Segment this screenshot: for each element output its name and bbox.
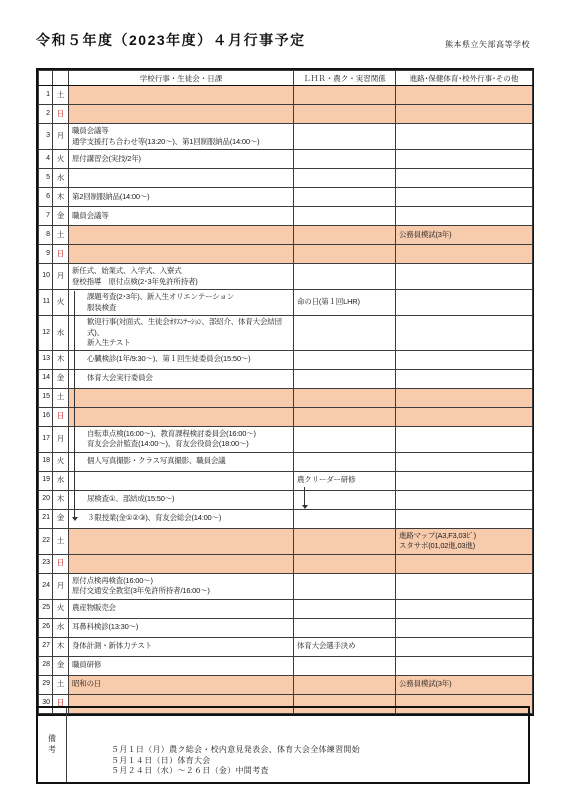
event-cell-other: 公務員模試(3年) <box>396 226 533 245</box>
schedule-row: 26水耳鼻科検診(13:30～) <box>39 618 533 637</box>
remarks-label: 備考 <box>38 708 67 782</box>
schedule-row: 18火個人写真撮影・クラス写真撮影、職員会議 <box>39 452 533 471</box>
event-cell-lhr <box>294 86 396 105</box>
event-cell-lhr <box>294 226 396 245</box>
event-cell-main: 体育大会実行委員会 <box>69 369 294 388</box>
remarks-line: ５月１４日（日）体育大会 <box>111 756 524 767</box>
event-cell-main: 原付点検再検査(16:00～) 原付交通安全教室(3年免許所持者/16:00～) <box>69 573 294 599</box>
date-cell: 23 <box>39 554 53 573</box>
event-cell-lhr <box>294 509 396 528</box>
event-cell-lhr <box>294 350 396 369</box>
event-cell-lhr <box>294 245 396 264</box>
day-cell: 火 <box>53 290 69 316</box>
event-cell-main <box>69 471 294 490</box>
event-cell-other <box>396 105 533 124</box>
date-cell: 13 <box>39 350 53 369</box>
event-cell-main: 個人写真撮影・クラス写真撮影、職員会議 <box>69 452 294 471</box>
day-cell: 木 <box>53 490 69 509</box>
event-cell-lhr <box>294 573 396 599</box>
event-cell-lhr <box>294 407 396 426</box>
date-cell: 17 <box>39 426 53 452</box>
day-cell: 水 <box>53 316 69 351</box>
event-cell-other <box>396 150 533 169</box>
event-cell-main <box>69 105 294 124</box>
remarks-box: 備考 ５月１日（月）農ク総会・校内意見発表会、体育大会全体練習開始５月１４日（日… <box>36 706 530 784</box>
event-cell-main <box>69 407 294 426</box>
event-cell-other <box>396 509 533 528</box>
event-cell-other <box>396 316 533 351</box>
schedule-body: 1土2日3月職員会議等 通学支援打ち合わせ等(13:20～)、第1回制服納品(1… <box>39 86 533 714</box>
down-arrow-icon <box>302 505 308 509</box>
date-cell: 1 <box>39 86 53 105</box>
date-cell: 4 <box>39 150 53 169</box>
event-cell-other <box>396 207 533 226</box>
event-cell-lhr <box>294 169 396 188</box>
agri-club-training-span-arrow <box>304 487 305 505</box>
event-cell-main: 職員会議等 <box>69 207 294 226</box>
schedule-row: 2日 <box>39 105 533 124</box>
event-cell-main: 昭和の日 <box>69 675 294 694</box>
schedule-row: 20木尿検査①、部結成(15:50～) <box>39 490 533 509</box>
header-school-events: 学校行事・生徒会・日課 <box>69 71 294 86</box>
header-day <box>53 71 69 86</box>
date-cell: 11 <box>39 290 53 316</box>
schedule-row: 22土進路マップ(A3,F3,03ﾋﾞ) スタサポ(01,02進,03進) <box>39 528 533 554</box>
schedule-row: 1土 <box>39 86 533 105</box>
header-row: 学校行事・生徒会・日課 ＬＨＲ・農ク・実習関係 進路･保健体育･校外行事･その他 <box>39 71 533 86</box>
event-cell-other <box>396 245 533 264</box>
event-cell-other <box>396 426 533 452</box>
schedule-row: 9日 <box>39 245 533 264</box>
event-cell-main: 耳鼻科検診(13:30～) <box>69 618 294 637</box>
schedule-row: 12水歓迎行事(対面式、生徒会ｵﾘｴﾝﾃｰｼｮﾝ、部紹介、体育大会結団式)、 新… <box>39 316 533 351</box>
schedule-row: 11火課題考査(2･3年)、新入生オリエンテーション 服装検査命の日(第１回LH… <box>39 290 533 316</box>
schedule-row: 21金３限授業(金①②③)、育友会総会(14:00～) <box>39 509 533 528</box>
date-cell: 19 <box>39 471 53 490</box>
event-cell-lhr <box>294 554 396 573</box>
day-cell: 火 <box>53 599 69 618</box>
event-cell-other <box>396 169 533 188</box>
event-cell-other <box>396 369 533 388</box>
schedule-row: 27木身体計測・新体力テスト体育大会選手決め <box>39 637 533 656</box>
schedule-row: 15土 <box>39 388 533 407</box>
schedule-row: 6木第2回制服納品(14:00～) <box>39 188 533 207</box>
remarks-line: ５月１日（月）農ク総会・校内意見発表会、体育大会全体練習開始 <box>111 745 524 756</box>
event-cell-main: 新任式、始業式、入学式、入寮式 登校指導 原付点検(2･3年免許所持者) <box>69 264 294 290</box>
date-cell: 9 <box>39 245 53 264</box>
day-cell: 水 <box>53 471 69 490</box>
day-cell: 金 <box>53 509 69 528</box>
event-cell-lhr <box>294 124 396 150</box>
event-cell-other <box>396 290 533 316</box>
event-cell-other <box>396 388 533 407</box>
day-cell: 土 <box>53 675 69 694</box>
date-cell: 3 <box>39 124 53 150</box>
event-cell-lhr <box>294 264 396 290</box>
day-cell: 日 <box>53 245 69 264</box>
schedule-row: 24月原付点検再検査(16:00～) 原付交通安全教室(3年免許所持者/16:0… <box>39 573 533 599</box>
page-title: 令和５年度（2023年度）４月行事予定 <box>36 30 306 50</box>
day-cell: 金 <box>53 369 69 388</box>
schedule-row: 29土昭和の日公務員模試(3年) <box>39 675 533 694</box>
schedule-row: 8土公務員模試(3年) <box>39 226 533 245</box>
date-cell: 25 <box>39 599 53 618</box>
day-cell: 火 <box>53 150 69 169</box>
event-cell-lhr: 農クリーダー研修 <box>294 471 396 490</box>
event-cell-lhr: 命の日(第１回LHR) <box>294 290 396 316</box>
event-cell-other <box>396 407 533 426</box>
day-cell: 木 <box>53 350 69 369</box>
schedule-row: 7金職員会議等 <box>39 207 533 226</box>
event-cell-other: 公務員模試(3年) <box>396 675 533 694</box>
event-cell-main <box>69 169 294 188</box>
event-cell-other <box>396 350 533 369</box>
day-cell: 月 <box>53 124 69 150</box>
date-cell: 20 <box>39 490 53 509</box>
event-cell-lhr <box>294 369 396 388</box>
date-cell: 27 <box>39 637 53 656</box>
event-cell-lhr: 体育大会選手決め <box>294 637 396 656</box>
date-cell: 10 <box>39 264 53 290</box>
event-cell-other <box>396 599 533 618</box>
schedule-table: 学校行事・生徒会・日課 ＬＨＲ・農ク・実習関係 進路･保健体育･校外行事･その他… <box>36 68 534 716</box>
day-cell: 日 <box>53 554 69 573</box>
school-name: 熊本県立矢部高等学校 <box>445 39 530 50</box>
date-cell: 7 <box>39 207 53 226</box>
event-cell-lhr <box>294 656 396 675</box>
schedule-row: 25火農産物販売会 <box>39 599 533 618</box>
header-career-other: 進路･保健体育･校外行事･その他 <box>396 71 533 86</box>
schedule-row: 17月自転車点検(16:00～)、教育課程検討委員会(16:00～) 育友会会計… <box>39 426 533 452</box>
event-cell-other <box>396 124 533 150</box>
date-cell: 5 <box>39 169 53 188</box>
event-cell-main <box>69 554 294 573</box>
event-cell-main: 原付講習会(実技/2年) <box>69 150 294 169</box>
date-cell: 12 <box>39 316 53 351</box>
date-cell: 2 <box>39 105 53 124</box>
event-cell-lhr <box>294 490 396 509</box>
day-cell: 土 <box>53 226 69 245</box>
main-column-span-arrow <box>74 291 75 517</box>
event-cell-main <box>69 528 294 554</box>
event-cell-main: 第2回制服納品(14:00～) <box>69 188 294 207</box>
event-cell-main <box>69 388 294 407</box>
date-cell: 6 <box>39 188 53 207</box>
day-cell: 土 <box>53 528 69 554</box>
down-arrow-icon <box>72 517 78 521</box>
event-cell-lhr <box>294 188 396 207</box>
schedule-row: 28金職員研修 <box>39 656 533 675</box>
event-cell-main: 職員会議等 通学支援打ち合わせ等(13:20～)、第1回制服納品(14:00～) <box>69 124 294 150</box>
schedule-row: 3月職員会議等 通学支援打ち合わせ等(13:20～)、第1回制服納品(14:00… <box>39 124 533 150</box>
day-cell: 金 <box>53 207 69 226</box>
day-cell: 木 <box>53 637 69 656</box>
event-cell-lhr <box>294 150 396 169</box>
header-lhr-agri: ＬＨＲ・農ク・実習関係 <box>294 71 396 86</box>
date-cell: 22 <box>39 528 53 554</box>
event-cell-lhr <box>294 618 396 637</box>
date-cell: 8 <box>39 226 53 245</box>
date-cell: 29 <box>39 675 53 694</box>
day-cell: 木 <box>53 188 69 207</box>
remarks-line: ５月２４日（水）～２６日（金）中間考査 <box>111 766 524 777</box>
event-cell-other <box>396 637 533 656</box>
schedule-row: 5水 <box>39 169 533 188</box>
date-cell: 21 <box>39 509 53 528</box>
event-cell-main: 身体計測・新体力テスト <box>69 637 294 656</box>
event-cell-lhr <box>294 675 396 694</box>
schedule-row: 23日 <box>39 554 533 573</box>
date-cell: 15 <box>39 388 53 407</box>
event-cell-other <box>396 188 533 207</box>
remarks-body: ５月１日（月）農ク総会・校内意見発表会、体育大会全体練習開始５月１４日（日）体育… <box>67 708 528 782</box>
day-cell: 水 <box>53 618 69 637</box>
event-cell-main <box>69 86 294 105</box>
schedule-row: 16日 <box>39 407 533 426</box>
date-cell: 26 <box>39 618 53 637</box>
event-cell-main: 自転車点検(16:00～)、教育課程検討委員会(16:00～) 育友会会計監査(… <box>69 426 294 452</box>
day-cell: 日 <box>53 105 69 124</box>
event-cell-other <box>396 490 533 509</box>
day-cell: 月 <box>53 573 69 599</box>
event-cell-other <box>396 471 533 490</box>
event-cell-other <box>396 86 533 105</box>
day-cell: 土 <box>53 86 69 105</box>
event-cell-other <box>396 573 533 599</box>
event-cell-main <box>69 245 294 264</box>
date-cell: 18 <box>39 452 53 471</box>
event-cell-lhr <box>294 316 396 351</box>
date-cell: 24 <box>39 573 53 599</box>
event-cell-other <box>396 452 533 471</box>
day-cell: 火 <box>53 452 69 471</box>
day-cell: 日 <box>53 407 69 426</box>
day-cell: 金 <box>53 656 69 675</box>
day-cell: 土 <box>53 388 69 407</box>
event-cell-main: 農産物販売会 <box>69 599 294 618</box>
event-cell-other <box>396 264 533 290</box>
schedule-row: 4火原付講習会(実技/2年) <box>39 150 533 169</box>
day-cell: 月 <box>53 264 69 290</box>
event-cell-other <box>396 656 533 675</box>
event-cell-lhr <box>294 207 396 226</box>
event-cell-lhr <box>294 426 396 452</box>
day-cell: 月 <box>53 426 69 452</box>
event-cell-other <box>396 554 533 573</box>
schedule-row: 13木心臓検診(1年/9:30～)、第１回生徒委員会(15:50～) <box>39 350 533 369</box>
event-cell-lhr <box>294 452 396 471</box>
date-cell: 14 <box>39 369 53 388</box>
event-cell-main: ３限授業(金①②③)、育友会総会(14:00～) <box>69 509 294 528</box>
event-cell-main: 尿検査①、部結成(15:50～) <box>69 490 294 509</box>
header-date <box>39 71 53 86</box>
event-cell-lhr <box>294 528 396 554</box>
event-cell-other <box>396 618 533 637</box>
schedule-row: 19水農クリーダー研修 <box>39 471 533 490</box>
date-cell: 16 <box>39 407 53 426</box>
event-cell-main: 心臓検診(1年/9:30～)、第１回生徒委員会(15:50～) <box>69 350 294 369</box>
event-cell-main <box>69 226 294 245</box>
event-cell-other: 進路マップ(A3,F3,03ﾋﾞ) スタサポ(01,02進,03進) <box>396 528 533 554</box>
event-cell-main: 職員研修 <box>69 656 294 675</box>
event-cell-lhr <box>294 105 396 124</box>
schedule-row: 10月新任式、始業式、入学式、入寮式 登校指導 原付点検(2･3年免許所持者) <box>39 264 533 290</box>
event-cell-main: 歓迎行事(対面式、生徒会ｵﾘｴﾝﾃｰｼｮﾝ、部紹介、体育大会結団式)、 新入生テ… <box>69 316 294 351</box>
event-cell-main: 課題考査(2･3年)、新入生オリエンテーション 服装検査 <box>69 290 294 316</box>
date-cell: 28 <box>39 656 53 675</box>
schedule-document-page: 令和５年度（2023年度）４月行事予定 熊本県立矢部高等学校 学校行事・生徒会・… <box>0 0 566 800</box>
event-cell-lhr <box>294 388 396 407</box>
event-cell-lhr <box>294 599 396 618</box>
day-cell: 水 <box>53 169 69 188</box>
schedule-row: 14金体育大会実行委員会 <box>39 369 533 388</box>
